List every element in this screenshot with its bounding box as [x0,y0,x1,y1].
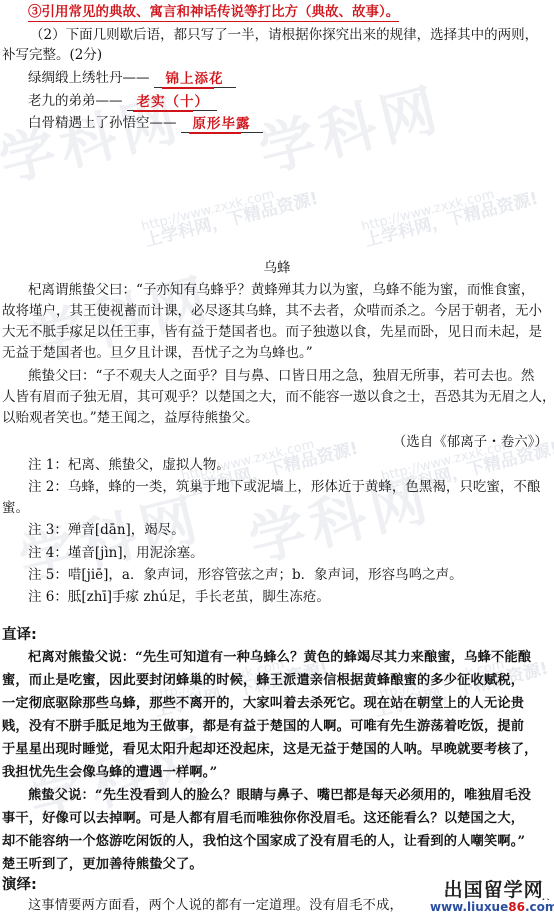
proverb-item: 白骨精遇上了孙悟空—— 原形毕露 [28,113,554,133]
passage-line: 熊蛰父曰：“子不观夫人之面乎？目与鼻、口皆日用之急，独眉无所事，若可去也。然 [28,366,554,386]
proverb-item: 老九的弟弟—— 老实（十） [28,91,554,111]
passage-line: 无益于楚国者也。旦夕且计课，吾忧子之为乌蜂也。” [2,343,554,363]
translation-heading: 直译: [2,625,554,645]
proverb-item: 绿绸缎上绣牡丹—— 锦上添花 [28,68,554,88]
proverb-prompt: 老九的弟弟—— [28,93,123,109]
passage-title: 乌蜂 [0,258,554,278]
passage-source: （选自《郁离子・卷六》） [0,432,554,452]
translation-line: 杞离对熊蛰父说：“先生可知道有一种乌蜂么？黄色的蜂竭尽其力来酿蜜，乌蜂不能酿 [28,648,554,668]
passage-line: 人皆有眉而子独无眉，其可观乎？以楚国之大，而不能容一遨以食之士，吾恐其为无眉之人… [2,387,554,407]
translation-line: 事干，好像可以去掉啊。可是人都有眉毛而唯独你你没眉毛。这还能看么？以楚国之大， [2,809,554,829]
translation-line: 我担忧先生会像乌蜂的遭遇一样啊。” [2,763,554,783]
passage-line: 故将墐户，其王使视蓄而计课，必尽逐其乌蜂，其不去者，众唶而杀之。今居于朝者，无小 [2,301,554,321]
translation-line: 一定彻底驱除那些乌蜂，那些不离开的，大家叫着去杀死它。现在站在朝堂上的人无论贵 [2,694,554,714]
question-text: （2）下面几则歇后语，都只写了一半，请根据你探究出来的规律，选择其中的两则， [30,25,554,45]
answer-underline [162,87,214,89]
passage-line: 以贻观者笑也。”楚王闻之，益厚待熊蛰父。 [2,408,554,428]
note-line: 注 2：乌蜂，蜂的一类，筑巢于地下或泥墙上，形体近于黄蜂，色黑褐，只吃蜜，不酿 [28,477,554,497]
note-line: 蜜。 [2,498,554,518]
note-line: 注 1：杞离、熊蛰父，虚拟人物。 [28,455,554,475]
answer-blank: 锦上添花 [154,70,236,88]
note-line: 注 6：胝[zhī]手瘃 zhú足，手长老茧，脚生冻疮。 [28,587,554,607]
logo-url[interactable]: www.liuxue86.com [430,900,554,914]
translation-line: 熊蛰父说：“先生没看到人的脸么？眼睛与鼻子、嘴巴都是每天必须用的，唯独眉毛没 [28,786,554,806]
proverb-prompt: 绿绸缎上绣牡丹—— [28,70,150,86]
watermark-url: http://www.zxxk.com上学科网，下精品资源! [360,177,540,249]
answer-blank: 老实（十） [127,93,217,111]
document-page: 学科网 学科网 http://www.zxxk.com上学科网，下精品资源! h… [0,0,554,917]
passage-line: 大无不胝手瘃足以任王事，皆有益于楚国者也。而子独遨以食，先星而卧，见日而未起，是 [2,322,554,342]
translation-line: 贱，没有不胼手胝足地为王做事，都是有益于楚国的人啊。可唯有先生游荡着吃饭，提前 [2,717,554,737]
answer-text: 锦上添花 [166,69,224,89]
watermark-url: http://www.zxxk.com上学科网，下精品资源! [140,177,320,249]
translation-line: 蜜，而止是吃蜜，因此要封闭蜂巢的时候，蜂王派遣亲信根据黄蜂酿蜜的多少征收赋税， [2,671,554,691]
question-text: 补写完整。(2分) [2,45,554,65]
passage-line: 杞离谓熊蛰父曰：“子亦知有乌蜂乎？黄蜂殚其力以为蜜，乌蜂不能为蜜，而惟食蜜， [28,280,554,300]
translation-line: 却不能容纳一个悠游吃闲饭的人，我怕这个国家成了没有眉毛的人，让看到的人嘲笑啊。” [2,832,554,852]
translation-line: 楚王听到了，更加善待熊蛰父了。 [2,855,554,875]
note-line: 注 3：殚音[dān]，竭尽。 [28,520,554,540]
answer-underline [189,132,241,134]
answer-text: 原形毕露 [193,114,251,134]
answer-underline [133,110,193,112]
site-logo[interactable]: 出国留学网 www.liuxue86.com [430,880,554,914]
logo-name: 出国留学网 [430,880,554,900]
note-line: 注 5：唶[jiē]，a．象声词，形容管弦之声；b．象声词，形容鸟鸣之声。 [28,565,554,585]
answer-text: 老实（十） [137,92,210,112]
note-line: 注 4：墐音[jìn]，用泥涂塞。 [28,543,554,563]
translation-line: 于星星出现时睡觉，看见太阳升起却还没起床，这是无益于楚国的人呐。早晚就要考核了， [2,740,554,760]
section-heading: ③引用常见的典故、寓言和神话传说等打比方（典故、故事）。 [28,2,399,22]
answer-blank: 原形毕露 [181,115,263,133]
proverb-prompt: 白骨精遇上了孙悟空—— [28,115,177,131]
